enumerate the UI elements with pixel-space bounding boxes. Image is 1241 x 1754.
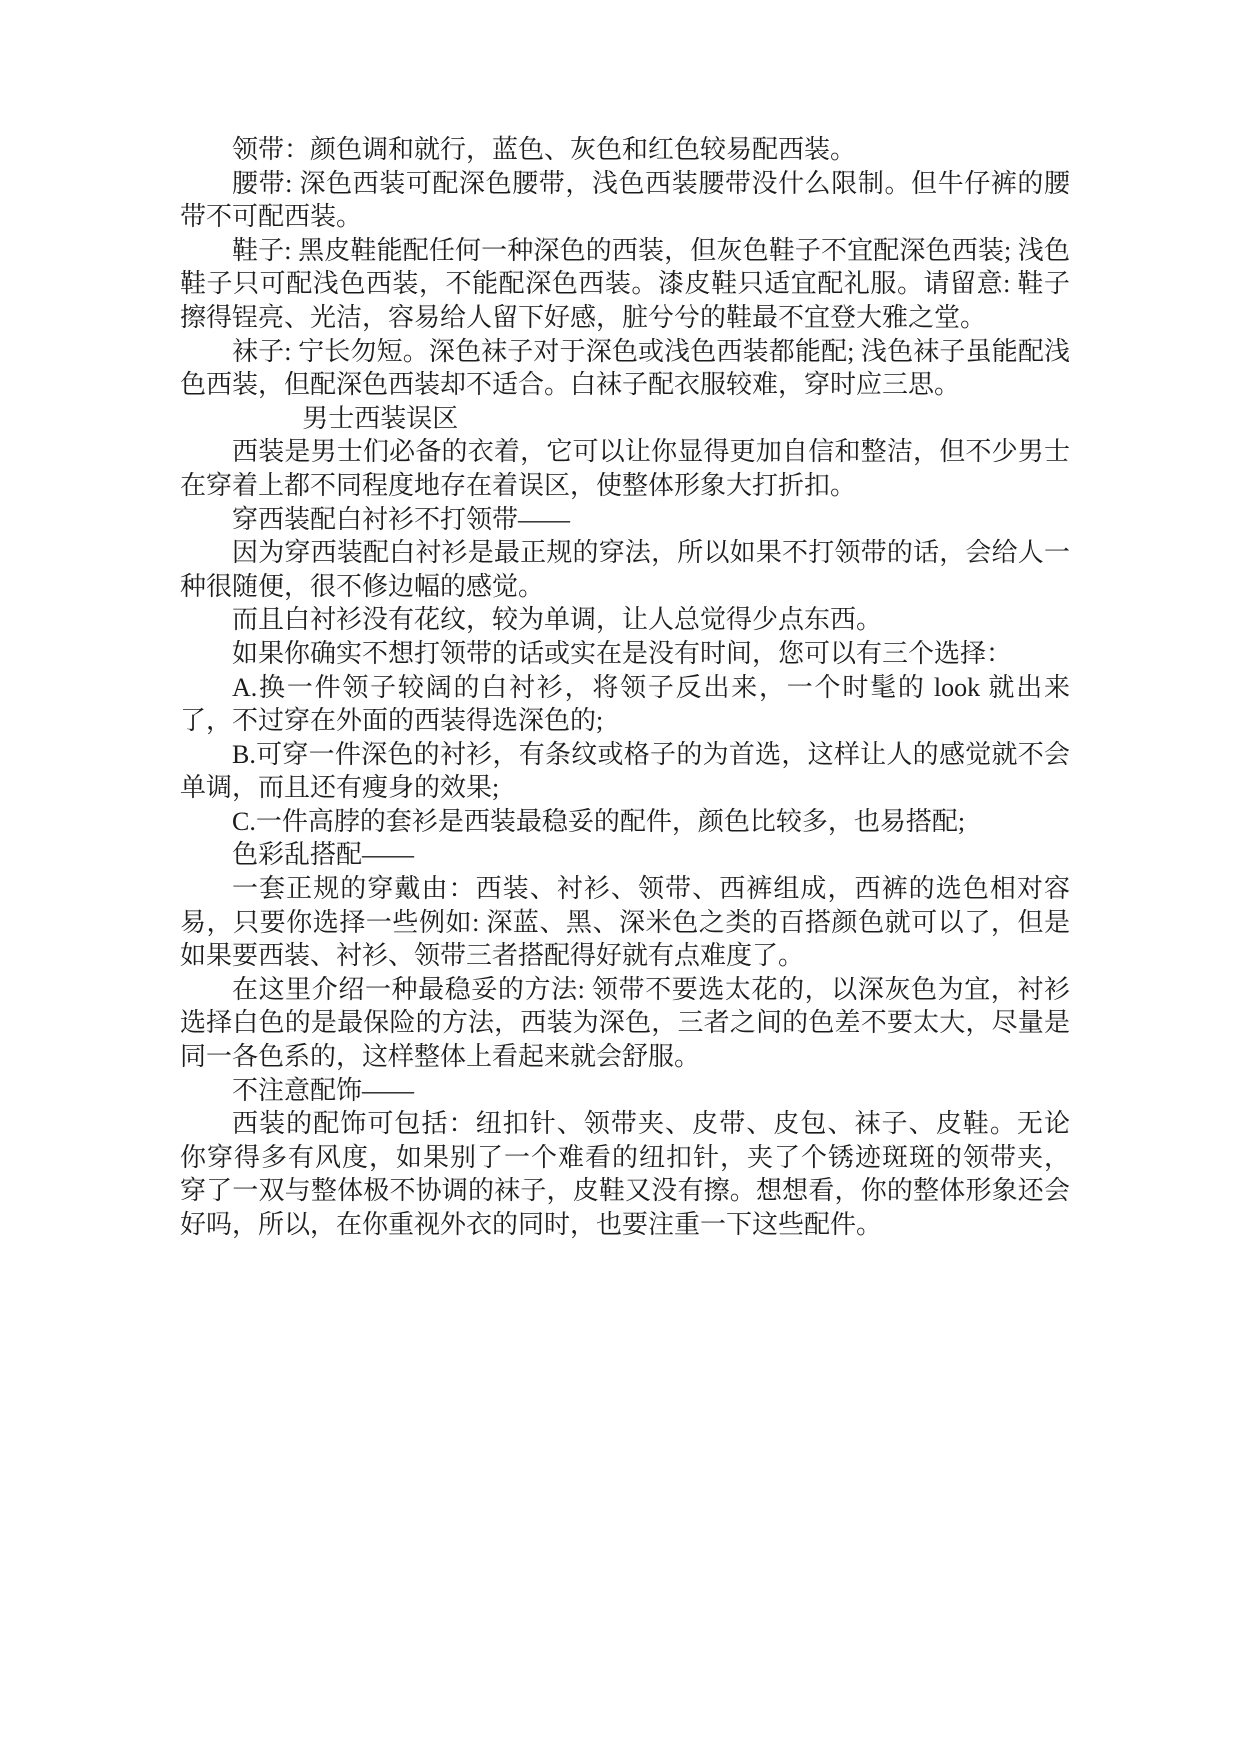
section-heading: 男士西装误区	[180, 402, 1070, 436]
paragraph: B.可穿一件深色的衬衫，有条纹或格子的为首选，这样让人的感觉就不会单调，而且还有…	[180, 738, 1070, 805]
paragraph: 西装的配饰可包括：纽扣针、领带夹、皮带、皮包、袜子、皮鞋。无论 你穿得多有风度，…	[180, 1107, 1070, 1241]
paragraph: 西装是男士们必备的衣着，它可以让你显得更加自信和整洁，但不少男士在穿着上都不同程…	[180, 435, 1070, 502]
paragraph: 不注意配饰——	[180, 1074, 1070, 1108]
paragraph: 色彩乱搭配——	[180, 838, 1070, 872]
paragraph: 穿西装配白衬衫不打领带——	[180, 503, 1070, 537]
paragraph: 一套正规的穿戴由：西装、衬衫、领带、西裤组成，西裤的选色相对容易，只要你选择一些…	[180, 872, 1070, 973]
paragraph: 如果你确实不想打领带的话或实在是没有时间，您可以有三个选择：	[180, 637, 1070, 671]
paragraph: 在这里介绍一种最稳妥的方法: 领带不要选太花的，以深灰色为宜，衬衫选择白色的是最…	[180, 973, 1070, 1074]
paragraph: A.换一件领子较阔的白衬衫，将领子反出来，一个时髦的 look 就出来了，不过穿…	[180, 671, 1070, 738]
document-text-block: 领带：颜色调和就行，蓝色、灰色和红色较易配西装。腰带: 深色西装可配深色腰带，浅…	[180, 133, 1070, 1242]
paragraph: 因为穿西装配白衬衫是最正规的穿法，所以如果不打领带的话，会给人一种很随便，很不修…	[180, 536, 1070, 603]
paragraph: C.一件高脖的套衫是西装最稳妥的配件，颜色比较多，也易搭配;	[180, 805, 1070, 839]
paragraph: 领带：颜色调和就行，蓝色、灰色和红色较易配西装。	[180, 133, 1070, 167]
document-page: 领带：颜色调和就行，蓝色、灰色和红色较易配西装。腰带: 深色西装可配深色腰带，浅…	[0, 0, 1241, 1754]
paragraph: 鞋子: 黑皮鞋能配任何一种深色的西装，但灰色鞋子不宜配深色西装; 浅色鞋子只可配…	[180, 234, 1070, 335]
paragraph: 袜子: 宁长勿短。深色袜子对于深色或浅色西装都能配; 浅色袜子虽能配浅色西装，但…	[180, 335, 1070, 402]
paragraph: 而且白衬衫没有花纹，较为单调，让人总觉得少点东西。	[180, 603, 1070, 637]
paragraph: 腰带: 深色西装可配深色腰带，浅色西装腰带没什么限制。但牛仔裤的腰带不可配西装。	[180, 167, 1070, 234]
